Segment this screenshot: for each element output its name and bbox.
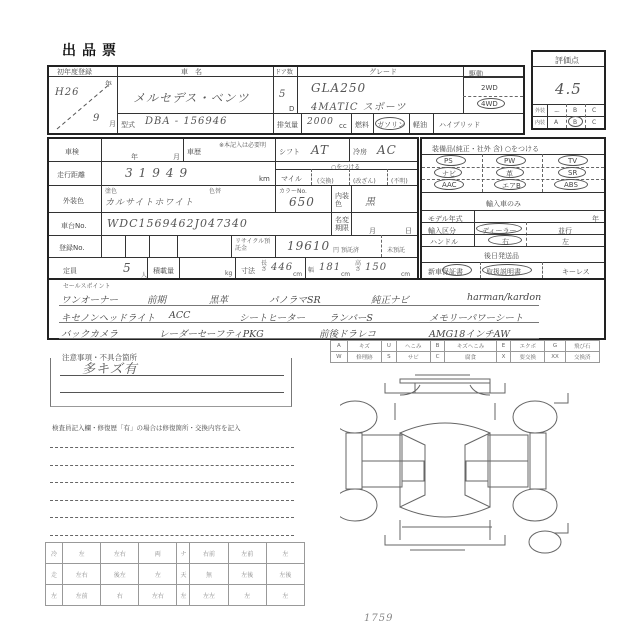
drive-2wd[interactable]: 2WD bbox=[481, 84, 498, 92]
mile-option[interactable]: マイル bbox=[281, 174, 302, 184]
not-deposited-option[interactable]: 未預託 bbox=[387, 245, 405, 254]
equipment-header: 装備品(純正・社外 含) ○をつける bbox=[432, 144, 539, 154]
swap-option[interactable]: (交換) bbox=[317, 176, 334, 185]
exterior-color-value: カルサイトホワイト bbox=[105, 195, 194, 208]
fuel-diesel[interactable]: 軽油 bbox=[413, 120, 427, 130]
score-box: 評価点 4.5 外装 ー B C 内装 A B C bbox=[531, 50, 606, 130]
capacity-value: 5 bbox=[123, 261, 132, 275]
name-change-label: 名変期限 bbox=[335, 216, 349, 232]
ac-label: 冷房 bbox=[353, 147, 367, 157]
inspector-label: 検査員記入欄・修復歴「有」の場合は修復箇所・交換内容を記入 bbox=[52, 423, 241, 432]
import-only-label: 輸入車のみ bbox=[486, 199, 521, 209]
deposited-option[interactable]: 預託済 bbox=[341, 245, 359, 254]
bottom-parts-table: 冷 左 左右 両 ナ 右前 左前 左 走 左右 後左 左 天 無 左後 左後 左… bbox=[45, 542, 305, 606]
doors-value: 5 bbox=[279, 89, 286, 100]
grade-label: グレード bbox=[369, 67, 397, 77]
first-reg-month: 9 bbox=[93, 113, 100, 124]
history-note: ※本記入は必要明 bbox=[219, 140, 266, 149]
dimensions-label: 寸法 bbox=[241, 266, 255, 276]
page-title: 出品票 bbox=[62, 40, 122, 60]
width-value: 181 bbox=[319, 262, 341, 273]
score-value: 4.5 bbox=[555, 80, 582, 98]
inspection-label: 車検 bbox=[65, 147, 79, 157]
interior-grade-label: 内装 bbox=[535, 119, 545, 126]
diagonal-divider-icon bbox=[55, 79, 115, 131]
damage-legend: Aキズ Uへこみ Bキズへこみ Eエクボ G飛び石 W修理跡 Sサビ C腐食 X… bbox=[330, 340, 600, 363]
first-reg-label: 初年度登録 bbox=[57, 67, 92, 77]
car-name-label: 車 名 bbox=[181, 67, 202, 77]
height-value: 150 bbox=[365, 262, 387, 273]
equipment-box: 装備品(純正・社外 含) ○をつける PS PW TV ナビ 革 SR AAC … bbox=[420, 137, 606, 280]
vehicle-info-form: 初年度登録 車 名 ドア数 グレード 駆動 年 H26 9 月 メルセデス・ベン… bbox=[47, 65, 525, 135]
accessories-label: 後日発送品 bbox=[484, 251, 519, 261]
capacity-label: 定員 bbox=[63, 266, 77, 276]
displacement-value: 2000 bbox=[307, 117, 334, 127]
history-label: 車歴 bbox=[187, 147, 201, 157]
fuel-hybrid[interactable]: ハイブリッド bbox=[439, 120, 480, 130]
sales-points-box: セールスポイント ワンオーナー 前期 黒革 パノラマSR 純正ナビ harman… bbox=[47, 278, 606, 340]
fuel-label: 燃料 bbox=[355, 120, 369, 130]
model-label: 型式 bbox=[121, 120, 135, 130]
keyless-option[interactable]: キーレス bbox=[562, 267, 590, 277]
color-no-value: 650 bbox=[289, 195, 315, 209]
doors-label: ドア数 bbox=[275, 67, 293, 76]
grade-line1: GLA250 bbox=[311, 81, 366, 95]
mileage-label: 走行距離 bbox=[57, 170, 85, 180]
displacement-label: 排気量 bbox=[277, 120, 298, 130]
mileage-value: 31949 bbox=[125, 166, 193, 180]
grade-line2: 4MATIC スポーツ bbox=[311, 98, 406, 113]
model-value: DBA - 156946 bbox=[145, 116, 228, 127]
sheet-number: 1759 bbox=[364, 613, 393, 624]
tamper-option[interactable]: (改ざん) bbox=[353, 176, 376, 185]
shift-label: シフト bbox=[279, 147, 300, 157]
interior-color-label: 内装色 bbox=[335, 192, 349, 208]
exterior-grade-label: 外装 bbox=[535, 107, 545, 114]
load-label: 積載量 bbox=[153, 266, 174, 276]
circle-note: ○をつける bbox=[331, 162, 360, 171]
vin-label: 車台No. bbox=[61, 221, 87, 231]
reg-no-label: 登録No. bbox=[59, 243, 85, 253]
vin-value: WDC1569462J047340 bbox=[107, 217, 248, 230]
recycle-value: 19610 bbox=[287, 239, 330, 253]
interior-color-value: 黒 bbox=[365, 193, 376, 208]
length-value: 446 bbox=[271, 262, 293, 273]
ac-value: AC bbox=[377, 143, 397, 157]
shift-value: AT bbox=[311, 143, 329, 157]
sales-points-label: セールスポイント bbox=[63, 281, 110, 290]
exterior-color-label: 外装色 bbox=[63, 196, 84, 206]
vehicle-detail-form: 車検 年 月 車歴 ※本記入は必要明 シフト AT 冷房 AC 走行距離 319… bbox=[47, 137, 419, 280]
recycle-label: リサイクル預託金 bbox=[235, 238, 271, 252]
score-label: 評価点 bbox=[555, 55, 579, 66]
car-name-value: メルセデス・ベンツ bbox=[133, 89, 250, 106]
car-diagram-icon bbox=[340, 365, 600, 555]
unknown-option[interactable]: (不明) bbox=[391, 176, 408, 185]
